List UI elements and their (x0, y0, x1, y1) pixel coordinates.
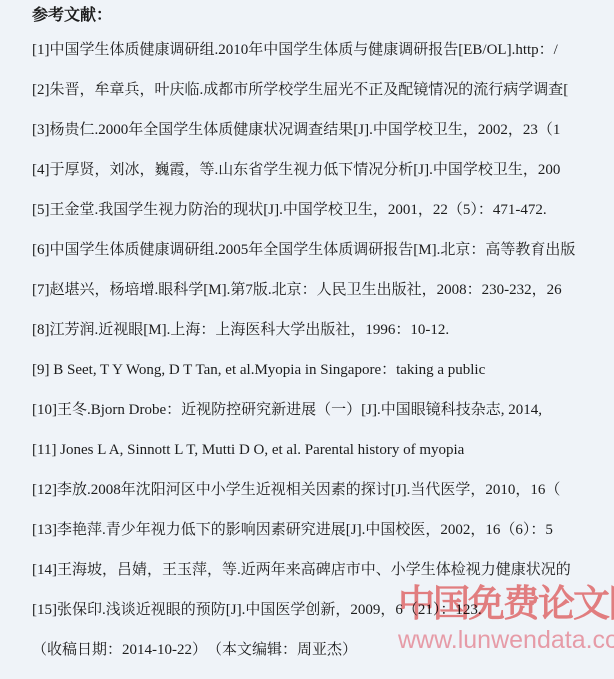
reference-item-10: [10]王冬.Bjorn Drobe：近视防控研究新进展（一）[J].中国眼镜科… (32, 390, 614, 430)
reference-item-2: [2]朱晋，牟章兵，叶庆临.成都市所学校学生屈光不正及配镜情况的流行病学调查[ (32, 70, 614, 110)
reference-item-9: [9] B Seet, T Y Wong, D T Tan, et al.Myo… (32, 350, 614, 390)
reference-item-1: [1]中国学生体质健康调研组.2010年中国学生体质与健康调研报告[EB/OL]… (32, 30, 614, 70)
reference-item-4: [4]于厚贤，刘冰，巍霞，等.山东省学生视力低下情况分析[J].中国学校卫生，2… (32, 150, 614, 190)
references-heading: 参考文献： (32, 2, 614, 30)
reference-item-12: [12]李放.2008年沈阳河区中小学生近视相关因素的探讨[J].当代医学，20… (32, 470, 614, 510)
reference-item-11: [11] Jones L A, Sinnott L T, Mutti D O, … (32, 430, 614, 470)
footer-note: （收稿日期：2014-10-22） （本文编辑：周亚杰） (32, 630, 614, 670)
reference-item-14: [14]王海坡，吕婧，王玉萍，等.近两年来高碑店市中、小学生体检视力健康状况的 (32, 550, 614, 590)
document-page: 参考文献： [1]中国学生体质健康调研组.2010年中国学生体质与健康调研报告[… (0, 0, 614, 679)
reference-item-13: [13]李艳萍.青少年视力低下的影响因素研究进展[J].中国校医，2002，16… (32, 510, 614, 550)
reference-item-3: [3]杨贵仁.2000年全国学生体质健康状况调查结果[J].中国学校卫生，200… (32, 110, 614, 150)
reference-item-5: [5]王金堂.我国学生视力防治的现状[J].中国学校卫生，2001，22（5）：… (32, 190, 614, 230)
reference-item-8: [8]江芳润.近视眼[M].上海：上海医科大学出版社，1996：10-12. (32, 310, 614, 350)
reference-item-6: [6]中国学生体质健康调研组.2005年全国学生体质调研报告[M].北京：高等教… (32, 230, 614, 270)
reference-item-7: [7]赵堪兴，杨培增.眼科学[M].第7版.北京：人民卫生出版社，2008：23… (32, 270, 614, 310)
references-section: 参考文献： [1]中国学生体质健康调研组.2010年中国学生体质与健康调研报告[… (32, 2, 614, 679)
reference-item-15: [15]张保印.浅谈近视眼的预防[J].中国医学创新，2009，6（21）：12… (32, 590, 614, 630)
